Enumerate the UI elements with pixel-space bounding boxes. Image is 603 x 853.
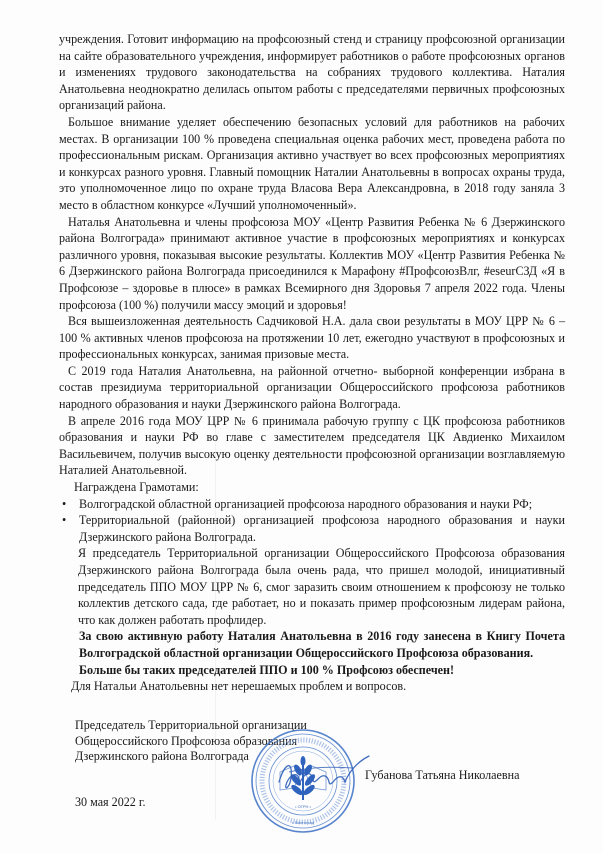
svg-text:г. Волгоград: г. Волгоград — [292, 820, 315, 825]
signature-area: Председатель Территориальной организации… — [0, 0, 603, 853]
signatory-name: Губанова Татьяна Николаевна — [365, 767, 519, 784]
handwritten-signature-icon — [275, 752, 375, 798]
document-page: учреждения. Готовит информацию на профсо… — [0, 0, 603, 853]
document-date: 30 мая 2022 г. — [75, 794, 145, 811]
svg-text:• ОГРН •: • ОГРН • — [295, 804, 311, 809]
